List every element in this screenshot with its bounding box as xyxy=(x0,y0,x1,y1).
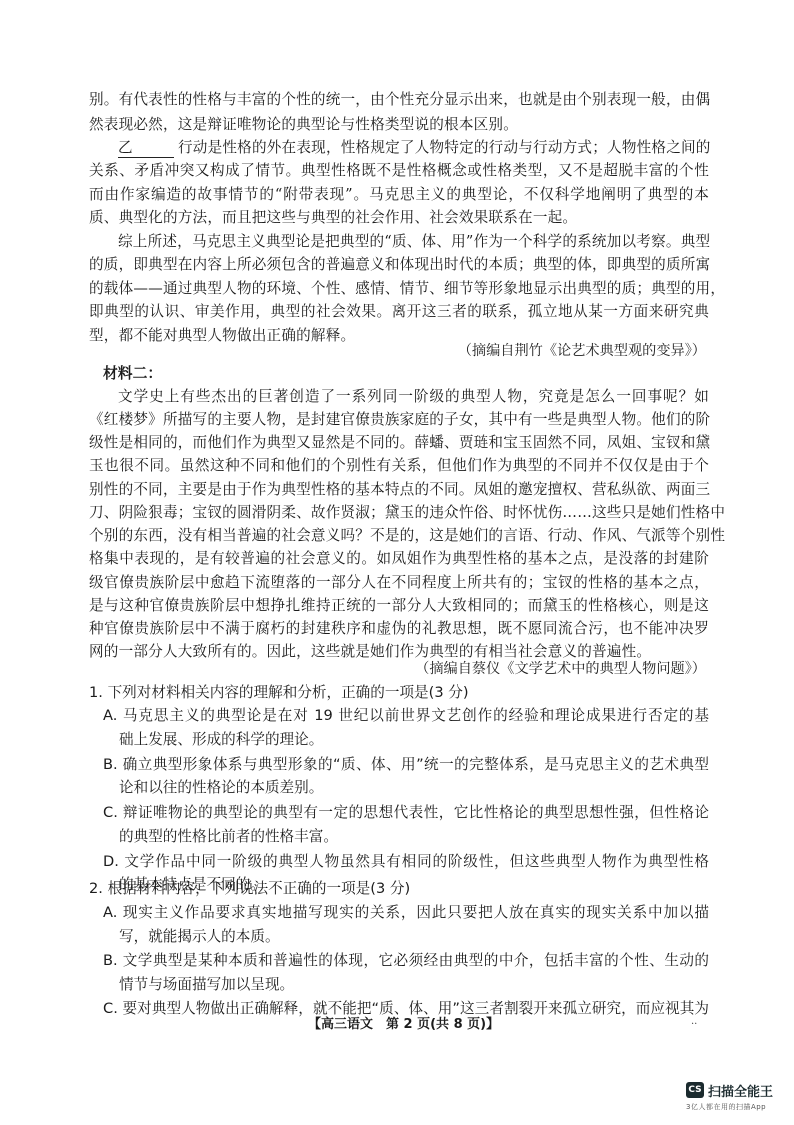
paragraph-text: 行动是性格的外在表现，性格规定了人物特定的行动与行动方式；人物性格之间的 xyxy=(178,139,711,156)
footer-dots: .. xyxy=(691,1016,697,1027)
source-citation: （摘编自荆竹《论艺术典型观的变异》） xyxy=(458,342,706,360)
paragraph-line: 综上所述，马克思主义典型论是把典型的“质、体、用”作为一个科学的系统加以考察。典… xyxy=(118,233,709,251)
camscanner-logo-icon: CS xyxy=(686,1082,704,1098)
option-b: B. 文学典型是某种本质和普遍性的体现，它必须经由典型的中介，包括丰富的个性、生… xyxy=(103,952,709,970)
exam-page: 别。有代表性的性格与丰富的个性的统一，由个性充分显示出来，也就是由个别表现一般，… xyxy=(0,0,794,1125)
question-stem: 1. 下列对材料相关内容的理解和分析，正确的一项是(3 分) xyxy=(89,684,709,702)
option-b-continued: 情节与场面描写加以呈现。 xyxy=(119,976,709,994)
paragraph-line: 玉也很不同。虽然这种不同和他们的个别性有关系，但他们作为典型的不同并不仅仅是由于… xyxy=(89,457,709,475)
paragraph-line: 然表现必然，这是辩证唯物论的典型论与性格类型说的根本区别。 xyxy=(89,116,709,134)
question-stem: 2. 根据材料内容，下列说法不正确的一项是(3 分) xyxy=(89,880,709,898)
paragraph-line: 关系、矛盾冲突又构成了情节。典型性格既不是性格概念或性格类型，又不是超脱丰富的个… xyxy=(89,162,709,180)
option-b: B. 确立典型形象体系与典型形象的“质、体、用”统一的完整体系，是马克思主义的艺… xyxy=(103,756,709,774)
watermark-tagline: 3亿人都在用的扫描App xyxy=(686,1102,766,1112)
paragraph-line: 格集中表现的，是有较普遍的社会意义的。如凤姐作为典型性格的基本之点，是没落的封建… xyxy=(89,550,709,568)
paragraph-line: 别性的不同，主要是由于作为典型性格的基本特点的不同。凤姐的邀宠擅权、营私纵欲、两… xyxy=(89,481,709,499)
page-footer: 【高三语文 第 2 页(共 8 页)】 xyxy=(308,1013,499,1032)
fill-blank: 乙 xyxy=(118,139,174,158)
section-heading: 材料二： xyxy=(103,365,162,383)
option-c-continued: 的典型的性格比前者的性格丰富。 xyxy=(119,828,709,846)
paragraph-line: 级官僚贵族阶层中愈趋下流堕落的一部分人在不同程度上所共有的；宝钗的性格的基本之点… xyxy=(89,574,709,592)
paragraph-line: 乙行动是性格的外在表现，性格规定了人物特定的行动与行动方式；人物性格之间的 xyxy=(118,139,709,158)
option-d: D. 文学作品中同一阶级的典型人物虽然具有相同的阶级性，但这些典型人物作为典型性… xyxy=(103,853,709,871)
option-a: A. 马克思主义的典型论是在对 19 世纪以前世界文艺创作的经验和理论成果进行否… xyxy=(103,707,709,725)
paragraph-line: 个别的东西，没有相当普遍的社会意义吗？不是的，这是她们的言语、行动、作风、气派等… xyxy=(89,527,709,545)
paragraph-line: 而由作家编造的故事情节的“附带表现”。马克思主义的典型论，不仅科学地阐明了典型的… xyxy=(89,186,709,204)
option-c: C. 辩证唯物论的典型论的典型有一定的思想代表性，它比性格论的典型思想性强，但性… xyxy=(103,804,709,822)
paragraph-line: 文学史上有些杰出的巨著创造了一系列同一阶级的典型人物，究竟是怎么一回事呢？如 xyxy=(118,388,709,406)
paragraph-line: 别。有代表性的性格与丰富的个性的统一，由个性充分显示出来，也就是由个别表现一般，… xyxy=(89,91,709,109)
option-a-continued: 写，就能揭示人的本质。 xyxy=(119,928,709,946)
paragraph-line: 网的一部分人大致所有的。因此，这些就是她们作为典型的有相当社会意义的普遍性。 xyxy=(89,643,709,661)
paragraph-line: 种官僚贵族阶层中不满于腐朽的封建秩序和虚伪的礼教思想，既不愿同流合污，也不能冲决… xyxy=(89,620,709,638)
paragraph-line: 的质，即典型在内容上所必须包含的普遍意义和体现出时代的本质；典型的体，即典型的质… xyxy=(89,256,709,274)
paragraph-line: 是与这种官僚贵族阶层中想挣扎维持正统的一部分人大致相同的；而黛玉的性格核心，则是… xyxy=(89,597,709,615)
option-b-continued: 论和以往的性格论的本质差别。 xyxy=(119,779,709,797)
paragraph-line: 的载体——通过典型人物的环境、个性、感情、情节、细节等形象地显示出典型的质；典型… xyxy=(89,280,709,298)
watermark-app-name: 扫描全能王 xyxy=(708,1081,773,1100)
scanner-watermark: CS 扫描全能王 3亿人都在用的扫描App xyxy=(686,1082,792,1122)
paragraph-line: 质、典型化的方法，而且把这些与典型的社会作用、社会效果联系在一起。 xyxy=(89,209,709,227)
paragraph-line: 即典型的认识、审美作用，典型的社会效果。离开这三者的联系，孤立地从某一方面来研究… xyxy=(89,303,709,321)
paragraph-line: 刀、阴险狠毒；宝钗的圆滑阴柔、故作贤淑；黛玉的违众忤俗、时怀忧伤……这些只是她们… xyxy=(89,504,709,522)
paragraph-line: 级性是相同的，而他们作为典型又显然是不同的。薛蟠、贾琏和宝玉固然不同，凤姐、宝钗… xyxy=(89,434,709,452)
option-a: A. 现实主义作品要求真实地描写现实的关系，因此只要把人放在真实的现实关系中加以… xyxy=(103,904,709,922)
paragraph-line: 《红楼梦》所描写的主要人物，是封建官僚贵族家庭的子女，其中有一些是典型人物。他们… xyxy=(89,411,709,429)
source-citation: （摘编自蔡仪《文学艺术中的典型人物问题》） xyxy=(415,660,706,678)
option-a-continued: 础上发展、形成的科学的理论。 xyxy=(119,731,709,749)
